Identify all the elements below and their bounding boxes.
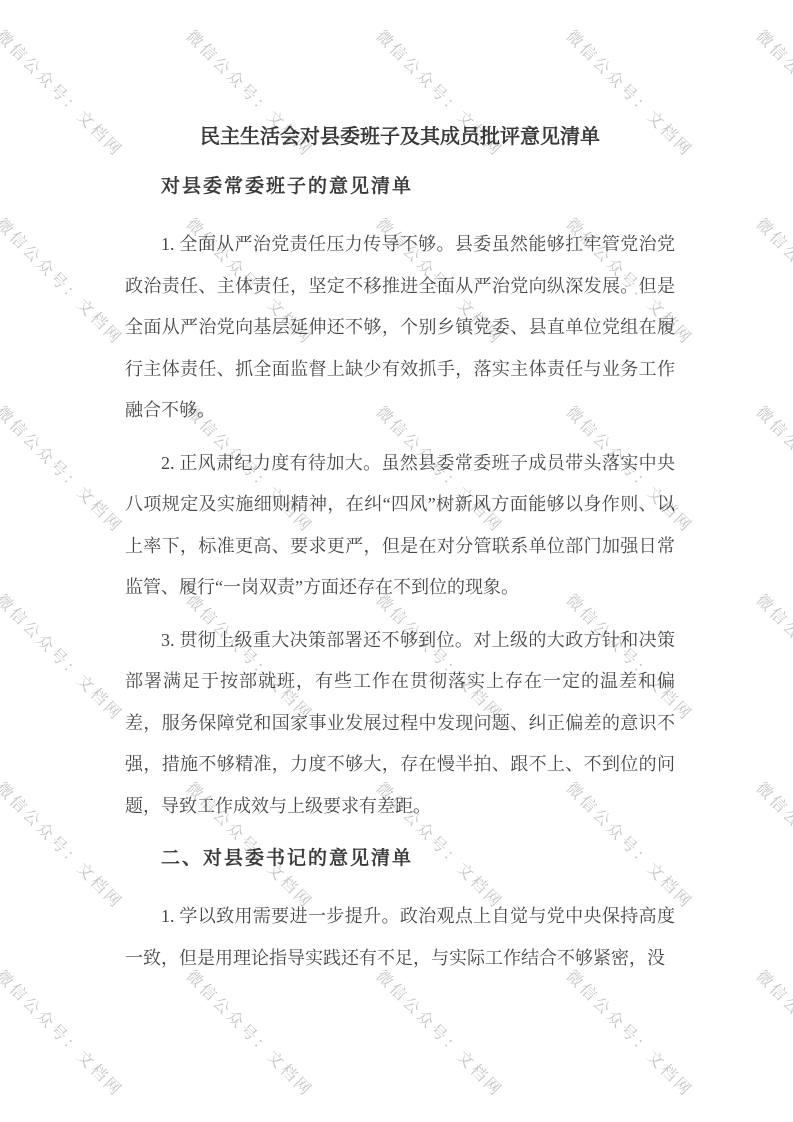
watermark-text: 微信公众号：文档网 <box>752 400 793 537</box>
paragraph: 3. 贯彻上级重大决策部署还不够到位。对上级的大政方针和决策部署满足于按部就班，… <box>125 620 675 828</box>
watermark-text: 微信公众号：文档网 <box>0 212 129 349</box>
paragraph: 2. 正风肃纪力度有待加大。虽然县委常委班子成员带头落实中央八项规定及实施细则精… <box>125 443 675 609</box>
document-page: 微信公众号：文档网微信公众号：文档网微信公众号：文档网微信公众号：文档网微信公众… <box>0 0 793 1122</box>
document-title: 民主生活会对县委班子及其成员批评意见清单 <box>125 116 675 158</box>
section-heading: 二、对县委书记的意见清单 <box>125 838 675 880</box>
paragraph: 1. 学以致用需要进一步提升。政治观点上自觉与党中央保持高度一致，但是用理论指导… <box>125 896 675 979</box>
watermark-text: 微信公众号：文档网 <box>0 400 129 537</box>
section-heading: 对县委常委班子的意见清单 <box>125 166 675 208</box>
sections-container: 对县委常委班子的意见清单1. 全面从严治党责任压力传导不够。县委虽然能够扛牢管党… <box>125 166 675 979</box>
document-content: 民主生活会对县委班子及其成员批评意见清单 对县委常委班子的意见清单1. 全面从严… <box>125 116 675 990</box>
watermark-text: 微信公众号：文档网 <box>752 776 793 913</box>
paragraph: 1. 全面从严治党责任压力传导不够。县委虽然能够扛牢管党治党政治责任、主体责任，… <box>125 224 675 432</box>
watermark-text: 微信公众号：文档网 <box>752 588 793 725</box>
watermark-text: 微信公众号：文档网 <box>0 964 129 1101</box>
watermark-text: 微信公众号：文档网 <box>752 24 793 161</box>
watermark-text: 微信公众号：文档网 <box>752 212 793 349</box>
watermark-text: 微信公众号：文档网 <box>0 776 129 913</box>
watermark-text: 微信公众号：文档网 <box>0 588 129 725</box>
watermark-text: 微信公众号：文档网 <box>0 24 129 161</box>
watermark-text: 微信公众号：文档网 <box>752 964 793 1101</box>
